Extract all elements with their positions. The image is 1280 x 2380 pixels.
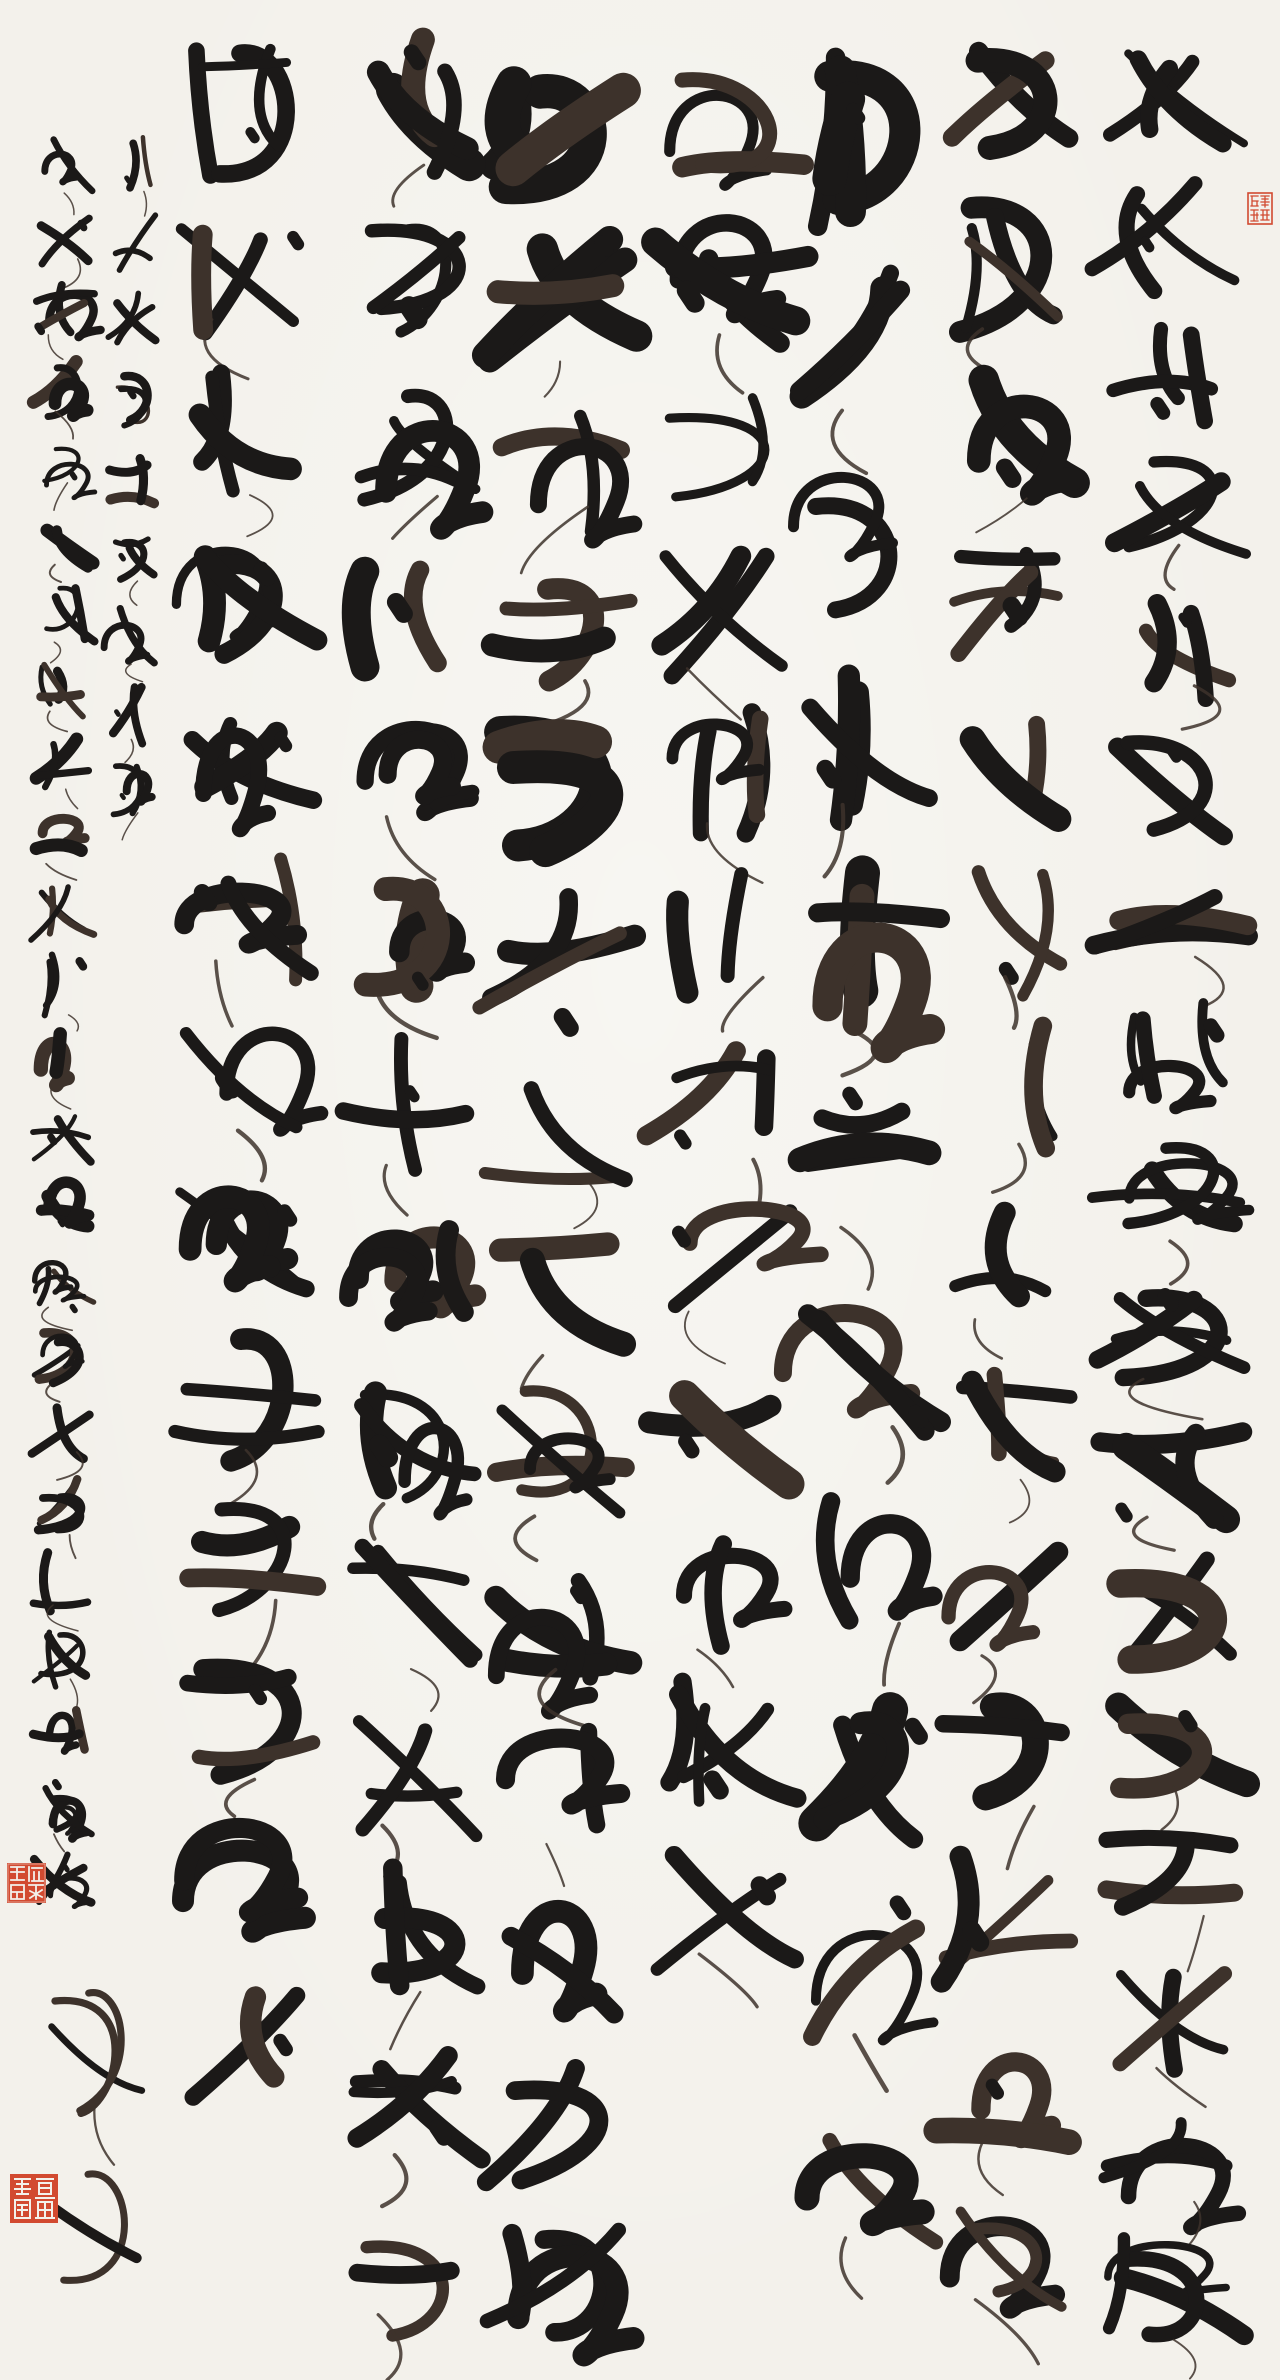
calligraphy-glyph: 全 <box>150 356 335 516</box>
brush-strokes-icon <box>625 369 825 531</box>
calligraphy-glyph: 秋 <box>22 277 102 352</box>
brush-strokes-icon <box>625 1342 825 1504</box>
brush-strokes-icon <box>22 725 102 800</box>
calligraphy-glyph: 人 <box>150 837 335 997</box>
brush-strokes-icon <box>318 1521 503 1687</box>
calligraphy-glyph: 首 <box>100 752 166 830</box>
calligraphy-glyph: 阙 <box>1072 2086 1264 2223</box>
calligraphy-glyph: 之 <box>22 1620 102 1695</box>
brush-strokes-icon <box>318 24 503 190</box>
calligraphy-glyph: 居 <box>22 1694 102 1769</box>
brush-strokes-icon <box>318 2020 503 2186</box>
calligraphy-glyph: 歌 <box>100 438 166 516</box>
calligraphy-glyph: 月 <box>318 1022 503 1188</box>
calligraphy-glyph: 阁 <box>625 1342 825 1504</box>
brush-strokes-icon <box>1072 989 1264 1126</box>
brush-strokes-icon <box>22 1396 102 1471</box>
calligraphy-glyph: 天 <box>1072 1264 1264 1401</box>
calligraphy-glyph: 欢 <box>318 523 503 689</box>
brush-strokes-icon <box>1072 2086 1264 2223</box>
calligraphy-glyph: 有 <box>1072 578 1264 715</box>
brush-strokes-icon <box>318 190 503 356</box>
brush-strokes-icon <box>22 426 102 501</box>
calligraphy-glyph: 宫 <box>1072 1949 1264 2086</box>
calligraphy-glyph: 不 <box>1072 1401 1264 1538</box>
brush-strokes-icon <box>22 203 102 278</box>
calligraphy-glyph: 共 <box>150 1639 335 1799</box>
artist-signature: 江鸣 <box>22 1968 157 2308</box>
brush-strokes-icon <box>318 1688 503 1854</box>
brush-strokes-icon <box>318 523 503 689</box>
calligraphy-glyph: 上 <box>22 1396 102 1471</box>
calligraphy-glyph: 凉 <box>22 576 102 651</box>
brush-strokes-icon <box>1072 1264 1264 1401</box>
brush-strokes-icon <box>150 1479 335 1639</box>
brush-strokes-icon <box>150 997 335 1157</box>
calligraphy-glyph: 人 <box>318 24 503 190</box>
brush-strokes-icon <box>100 595 166 673</box>
calligraphy-glyph: 阴 <box>318 1355 503 1521</box>
brush-strokes-icon <box>1072 30 1264 167</box>
calligraphy-glyph: 海 <box>22 1321 102 1396</box>
inscription-column-title: 东坡水调歌头词一首 <box>100 125 166 830</box>
brush-strokes-icon <box>22 1321 102 1396</box>
calligraphy-glyph: 此 <box>318 2020 503 2186</box>
brush-strokes-icon <box>1072 1401 1264 1538</box>
brush-strokes-icon <box>1072 304 1264 441</box>
calligraphy-glyph: 圆 <box>318 1688 503 1854</box>
calligraphy-glyph: 时 <box>1072 441 1264 578</box>
brush-strokes-icon <box>1072 1127 1264 1264</box>
calligraphy-glyph: 婵 <box>150 1799 335 1959</box>
brush-strokes-icon <box>22 1023 102 1098</box>
calligraphy-glyph: 词 <box>100 595 166 673</box>
brush-strokes-icon <box>150 195 335 355</box>
brush-strokes-icon <box>150 35 335 195</box>
calligraphy-glyph: 朱 <box>625 1180 825 1342</box>
brush-strokes-icon <box>318 1355 503 1521</box>
calligraphy-glyph: 久 <box>150 1158 335 1318</box>
calligraphy-glyph: 问 <box>1072 989 1264 1126</box>
brush-strokes-icon <box>1072 1949 1264 2086</box>
brush-strokes-icon <box>1072 441 1264 578</box>
brush-strokes-icon <box>625 855 825 1017</box>
brush-strokes-icon <box>1072 578 1264 715</box>
calligraphy-glyph: 主 <box>22 1769 102 1844</box>
calligraphy-glyph: 以 <box>22 725 102 800</box>
brush-strokes-icon <box>150 1158 335 1318</box>
calligraphy-glyph: 转 <box>625 1018 825 1180</box>
poem-column-1: 明月幾时有把酒问青天不知天上宫阙今 <box>1072 30 1264 2360</box>
brush-strokes-icon <box>625 45 825 207</box>
brush-strokes-icon <box>22 2138 157 2308</box>
calligraphy-glyph: 毕 <box>22 1247 102 1322</box>
calligraphy-glyph: 影 <box>625 45 825 207</box>
brush-strokes-icon <box>150 1639 335 1799</box>
inscription-column-colophon: 乙巳秋月天气凉爽以情怡然一挥而毕海上雪石之居主人 <box>22 128 102 1918</box>
calligraphy-glyph: 然 <box>22 948 102 1023</box>
brush-strokes-icon <box>318 856 503 1022</box>
calligraphy-glyph: 而 <box>22 1172 102 1247</box>
calligraphy-glyph: 上 <box>1072 1812 1264 1949</box>
calligraphy-glyph: 在 <box>625 531 825 693</box>
calligraphy-glyph: 水 <box>100 282 166 360</box>
brush-strokes-icon <box>1072 852 1264 989</box>
seal-left-middle-icon <box>7 1863 46 1903</box>
calligraphy-glyph: 把 <box>1072 715 1264 852</box>
seal-top-right-icon <box>1247 192 1273 225</box>
calligraphy-glyph: 缺 <box>318 1854 503 2020</box>
brush-strokes-icon <box>100 360 166 438</box>
calligraphy-glyph: 有 <box>318 190 503 356</box>
calligraphy-glyph: 户 <box>625 1828 825 1990</box>
brush-strokes-icon <box>318 1854 503 2020</box>
calligraphy-glyph: 难 <box>150 195 335 355</box>
brush-strokes-icon <box>100 517 166 595</box>
brush-strokes-icon <box>100 752 166 830</box>
calligraphy-glyph: 何 <box>625 207 825 369</box>
brush-strokes-icon <box>625 1018 825 1180</box>
brush-strokes-icon <box>625 207 825 369</box>
brush-strokes-icon <box>1072 1675 1264 1812</box>
brush-strokes-icon <box>22 799 102 874</box>
brush-strokes-icon <box>22 1694 102 1769</box>
brush-strokes-icon <box>150 516 335 676</box>
calligraphy-glyph: 巳 <box>22 203 102 278</box>
brush-strokes-icon <box>318 1022 503 1188</box>
calligraphy-glyph: 石 <box>22 1545 102 1620</box>
calligraphy-glyph: 酒 <box>1072 852 1264 989</box>
calligraphy-glyph: 悲 <box>318 357 503 523</box>
calligraphy-glyph: 绮 <box>625 1666 825 1828</box>
calligraphy-glyph: 人 <box>625 693 825 855</box>
calligraphy-glyph: 知 <box>1072 1538 1264 1675</box>
calligraphy-glyph: 怡 <box>22 874 102 949</box>
calligraphy-glyph: 今 <box>1072 2223 1264 2360</box>
calligraphy-glyph: 月 <box>22 352 102 427</box>
brush-strokes-icon <box>318 2187 503 2353</box>
calligraphy-glyph: 月 <box>1072 167 1264 304</box>
brush-strokes-icon <box>22 576 102 651</box>
brush-strokes-icon <box>150 356 335 516</box>
poem-column-4: 影何似在人间转朱阁低绮户 <box>625 45 825 1990</box>
calligraphy-glyph: 一 <box>22 1023 102 1098</box>
brush-strokes-icon <box>22 1247 102 1322</box>
calligraphy-glyph: 事 <box>318 2187 503 2353</box>
brush-strokes-icon <box>150 1960 335 2120</box>
seal-bottom-left-icon <box>10 2174 58 2223</box>
calligraphy-glyph: 但 <box>150 516 335 676</box>
poem-column-7: 古难全但愿人长久千里共婵娟 <box>150 35 335 2120</box>
calligraphy-glyph: 天 <box>22 426 102 501</box>
brush-strokes-icon <box>100 438 166 516</box>
calligraphy-glyph: 天 <box>1072 1675 1264 1812</box>
brush-strokes-icon <box>318 357 503 523</box>
brush-strokes-icon <box>22 352 102 427</box>
brush-strokes-icon <box>22 948 102 1023</box>
calligraphy-glyph: 有 <box>318 1189 503 1355</box>
brush-strokes-icon <box>100 673 166 751</box>
brush-strokes-icon <box>22 1545 102 1620</box>
calligraphy-glyph: 间 <box>625 855 825 1017</box>
calligraphy-glyph: 青 <box>1072 1127 1264 1264</box>
brush-strokes-icon <box>22 1620 102 1695</box>
brush-strokes-icon <box>625 1666 825 1828</box>
calligraphy-glyph: 里 <box>150 1479 335 1639</box>
poem-column-6: 人有悲欢离合月有阴晴圆缺此事 <box>318 24 503 2353</box>
brush-strokes-icon <box>150 837 335 997</box>
brush-strokes-icon <box>150 1799 335 1959</box>
calligraphy-glyph: 长 <box>150 997 335 1157</box>
calligraphy-glyph: 坡 <box>100 203 166 281</box>
brush-strokes-icon <box>625 1828 825 1990</box>
brush-strokes-icon <box>625 1180 825 1342</box>
calligraphy-glyph: 鸣 <box>22 2138 157 2308</box>
calligraphy-glyph: 江 <box>22 1968 157 2138</box>
brush-strokes-icon <box>22 1098 102 1173</box>
brush-strokes-icon <box>22 1172 102 1247</box>
calligraphy-glyph: 头 <box>100 517 166 595</box>
brush-strokes-icon <box>100 125 166 203</box>
calligraphy-glyph: 幾 <box>1072 304 1264 441</box>
brush-strokes-icon <box>318 1189 503 1355</box>
calligraphy-glyph: 晴 <box>318 1521 503 1687</box>
calligraphy-glyph: 离 <box>318 689 503 855</box>
calligraphy-glyph: 调 <box>100 360 166 438</box>
calligraphy-glyph: 一 <box>100 673 166 751</box>
brush-strokes-icon <box>22 501 102 576</box>
calligraphy-glyph: 雪 <box>22 1471 102 1546</box>
brush-strokes-icon <box>22 1968 157 2138</box>
calligraphy-glyph: 清 <box>765 2067 960 2270</box>
calligraphy-glyph: 气 <box>22 501 102 576</box>
brush-strokes-icon <box>1072 2223 1264 2360</box>
calligraphy-glyph: 娟 <box>150 1960 335 2120</box>
brush-strokes-icon <box>22 874 102 949</box>
brush-strokes-icon <box>625 1504 825 1666</box>
calligraphy-glyph: 乙 <box>22 128 102 203</box>
brush-strokes-icon <box>100 282 166 360</box>
calligraphy-glyph: 合 <box>318 856 503 1022</box>
calligraphy-glyph: 情 <box>22 799 102 874</box>
calligraphy-glyph: 低 <box>625 1504 825 1666</box>
calligraphy-glyph: 似 <box>625 369 825 531</box>
calligraphy-glyph: 古 <box>150 35 335 195</box>
brush-strokes-icon <box>625 531 825 693</box>
calligraphy-glyph: 挥 <box>22 1098 102 1173</box>
brush-strokes-icon <box>100 203 166 281</box>
brush-strokes-icon <box>318 689 503 855</box>
brush-strokes-icon <box>22 650 102 725</box>
brush-strokes-icon <box>1072 715 1264 852</box>
calligraphy-glyph: 东 <box>100 125 166 203</box>
calligraphy-glyph: 明 <box>1072 30 1264 167</box>
brush-strokes-icon <box>22 277 102 352</box>
calligraphy-glyph: 愿 <box>150 677 335 837</box>
brush-strokes-icon <box>150 1318 335 1478</box>
brush-strokes-icon <box>1072 1812 1264 1949</box>
calligraphy-glyph: 千 <box>150 1318 335 1478</box>
brush-strokes-icon <box>22 128 102 203</box>
calligraphy-glyph: 爽 <box>22 650 102 725</box>
calligraphy-scroll: 明月幾时有把酒问青天不知天上宫阙今 夕是何年我欲乘风归去又恐琼楼 玉宇高处不胜寒… <box>0 0 1280 2380</box>
brush-strokes-icon <box>1072 1538 1264 1675</box>
brush-strokes-icon <box>150 677 335 837</box>
brush-strokes-icon <box>625 693 825 855</box>
brush-strokes-icon <box>1072 167 1264 304</box>
brush-strokes-icon <box>22 1471 102 1546</box>
brush-strokes-icon <box>765 2067 960 2270</box>
brush-strokes-icon <box>22 1769 102 1844</box>
